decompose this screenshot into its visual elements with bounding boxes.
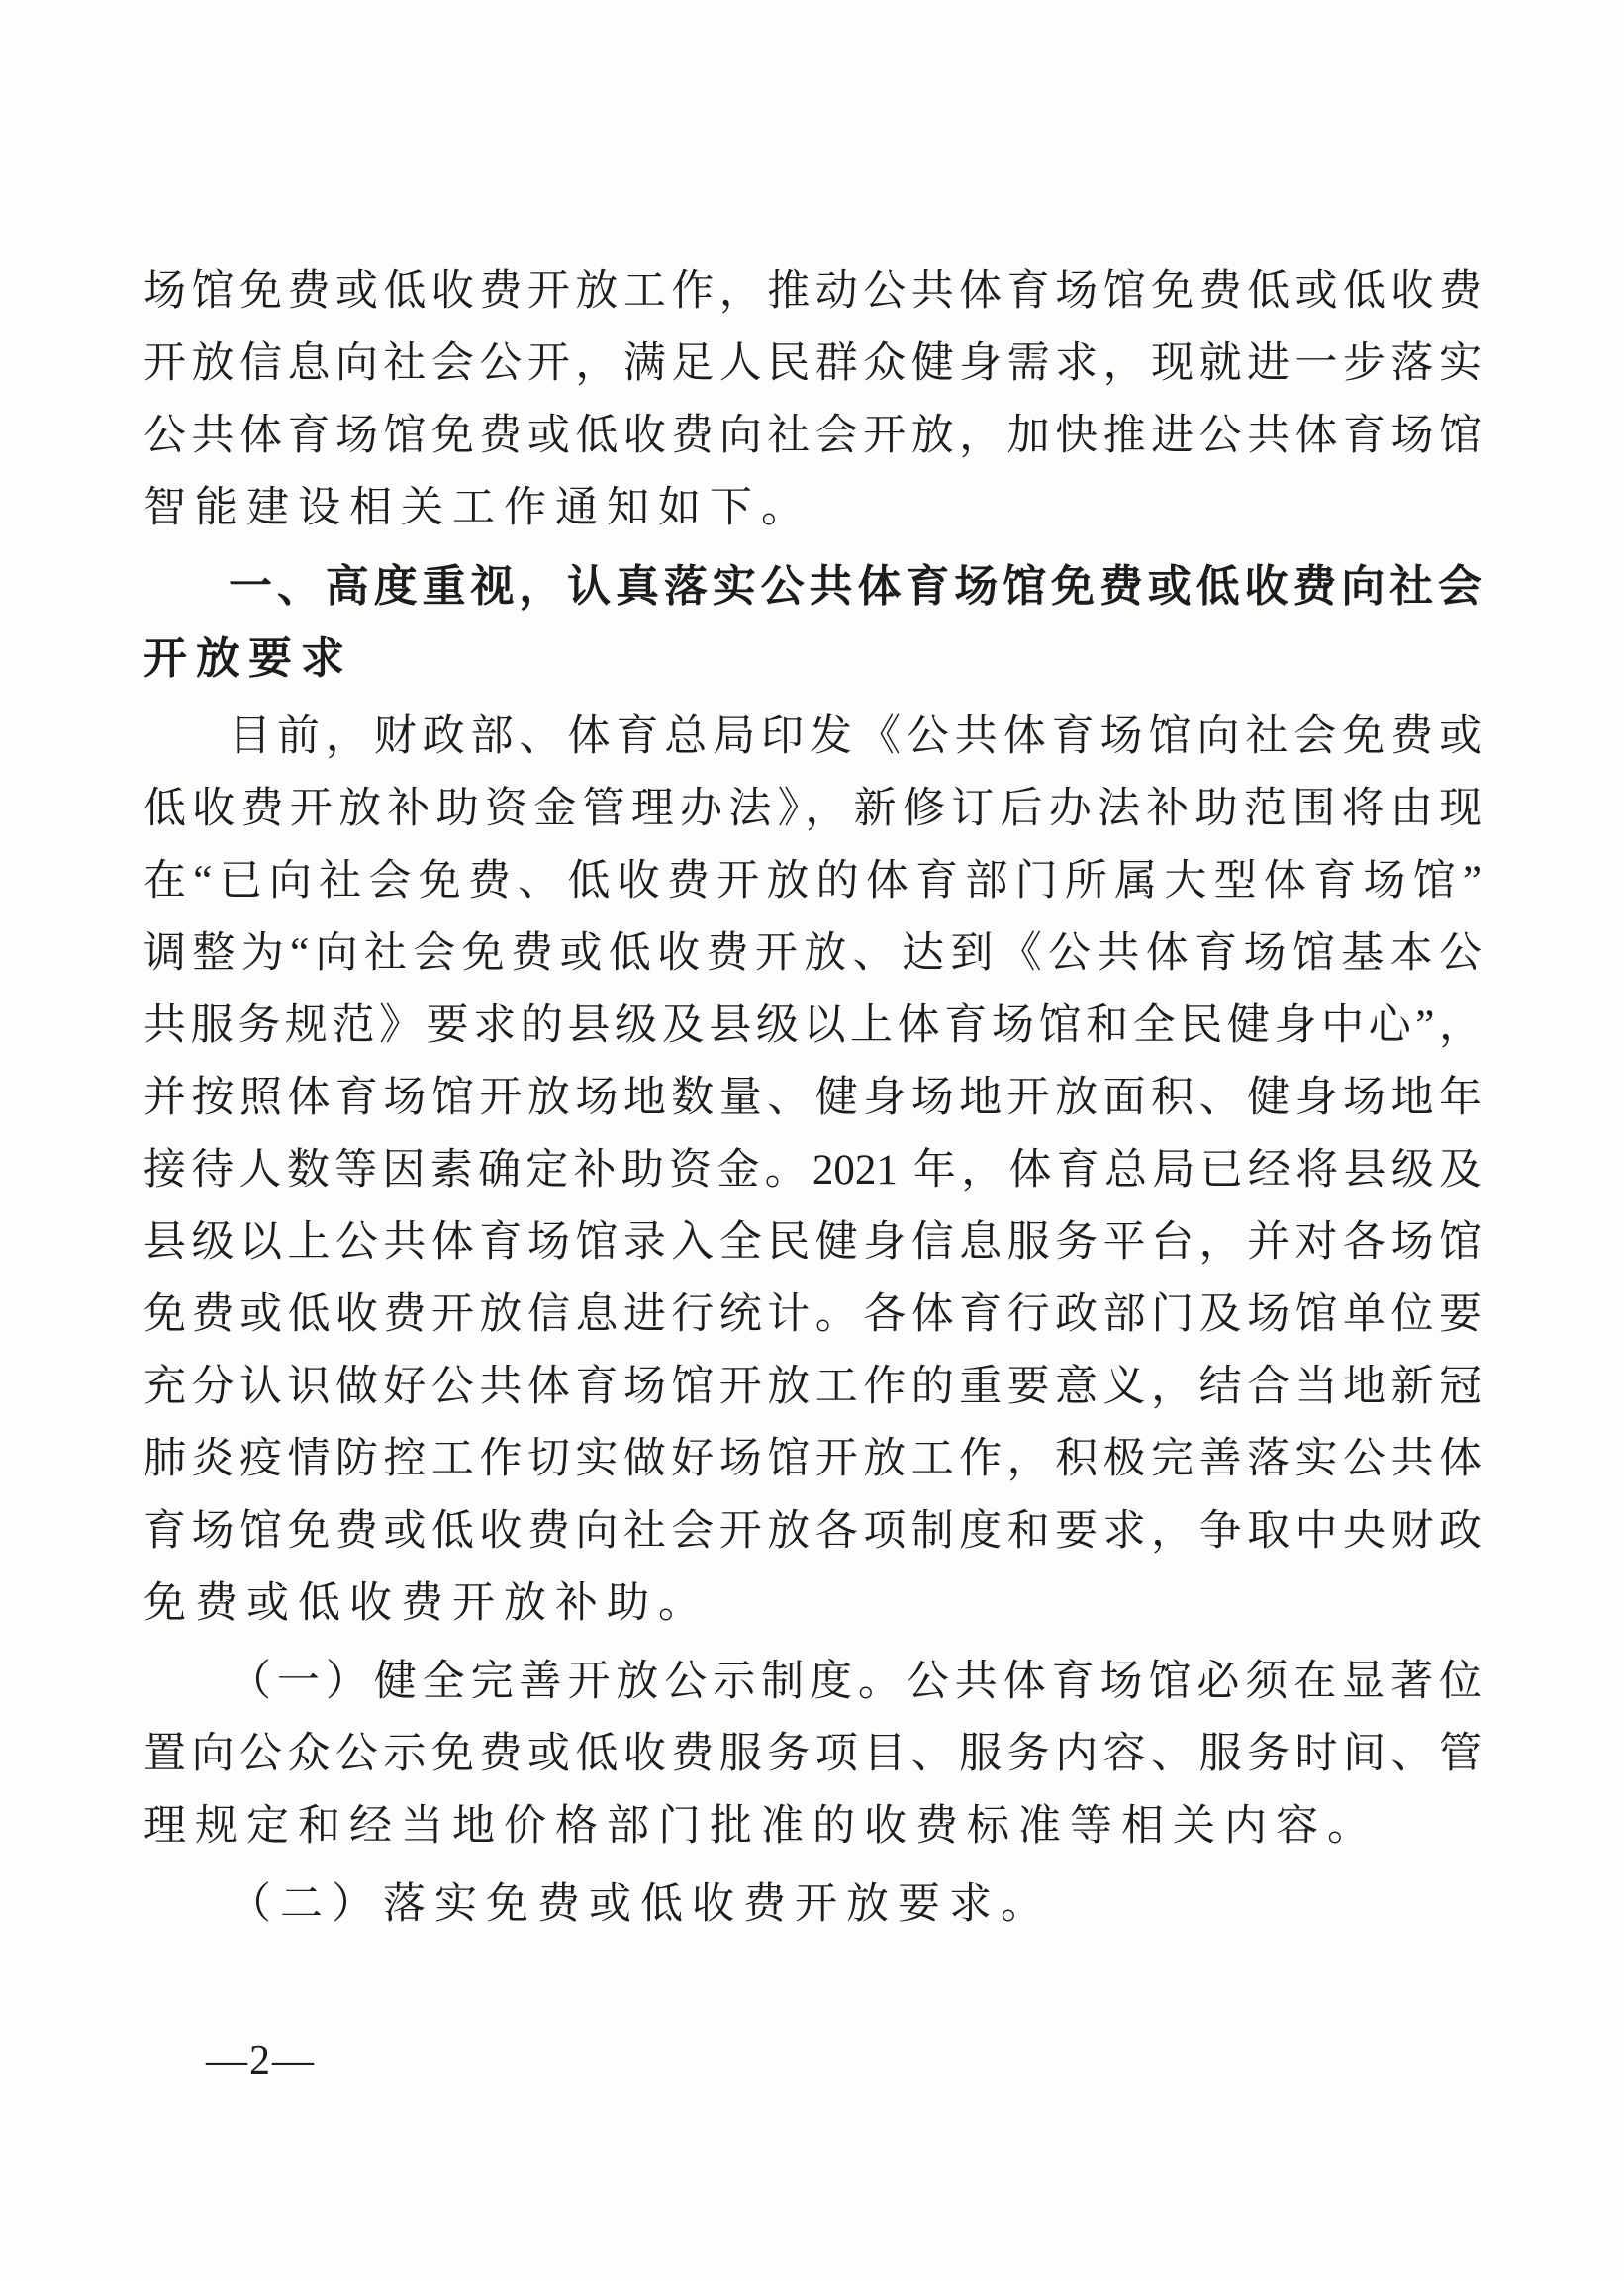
- text-line: （二）落实免费或低收费开放要求。: [143, 1868, 1481, 1941]
- text-line: 智能建设相关工作通知如下。: [143, 472, 1481, 544]
- section-heading-line: 开放要求: [143, 622, 1481, 695]
- text-line: 开放信息向社会公开，满足人民群众健身需求，现就进一步落实: [143, 328, 1481, 400]
- document-page: 场馆免费或低收费开放工作，推动公共体育场馆免费低或低收费 开放信息向社会公开，满…: [0, 0, 1624, 2281]
- text-line: 免费或低收费开放信息进行统计。各体育行政部门及场馆单位要: [143, 1279, 1481, 1351]
- text-line: 公共体育场馆免费或低收费向社会开放，加快推进公共体育场馆: [143, 400, 1481, 472]
- text-line: 理规定和经当地价格部门批准的收费标准等相关内容。: [143, 1790, 1481, 1862]
- text-line: 充分认识做好公共体育场馆开放工作的重要意义，结合当地新冠: [143, 1351, 1481, 1423]
- text-line: 县级以上公共体育场馆录入全民健身信息服务平台，并对各场馆: [143, 1206, 1481, 1279]
- text-line: 接待人数等因素确定补助资金。2021 年，体育总局已经将县级及: [143, 1134, 1481, 1206]
- page-number: —2—: [206, 2037, 316, 2086]
- text-line: 目前，财政部、体育总局印发《公共体育场馆向社会免费或: [143, 701, 1481, 773]
- text-line: 场馆免费或低收费开放工作，推动公共体育场馆免费低或低收费: [143, 255, 1481, 328]
- text-line: 育场馆免费或低收费向社会开放各项制度和要求，争取中央财政: [143, 1495, 1481, 1568]
- text-line: （一）健全完善开放公示制度。公共体育场馆必须在显著位: [143, 1646, 1481, 1718]
- text-line: 置向公众公示免费或低收费服务项目、服务内容、服务时间、管: [143, 1718, 1481, 1790]
- text-line: 低收费开放补助资金管理办法》，新修订后办法补助范围将由现: [143, 773, 1481, 845]
- text-line: 并按照体育场馆开放场地数量、健身场地开放面积、健身场地年: [143, 1062, 1481, 1134]
- text-line: 在“已向社会免费、低收费开放的体育部门所属大型体育场馆”: [143, 845, 1481, 917]
- document-body: 场馆免费或低收费开放工作，推动公共体育场馆免费低或低收费 开放信息向社会公开，满…: [143, 255, 1481, 1941]
- text-line: 共服务规范》要求的县级及县级以上体育场馆和全民健身中心”，: [143, 990, 1481, 1062]
- text-line: 免费或低收费开放补助。: [143, 1568, 1481, 1640]
- section-heading-line: 一、高度重视，认真落实公共体育场馆免费或低收费向社会: [143, 550, 1481, 622]
- text-line: 调整为“向社会免费或低收费开放、达到《公共体育场馆基本公: [143, 917, 1481, 990]
- text-line: 肺炎疫情防控工作切实做好场馆开放工作，积极完善落实公共体: [143, 1423, 1481, 1495]
